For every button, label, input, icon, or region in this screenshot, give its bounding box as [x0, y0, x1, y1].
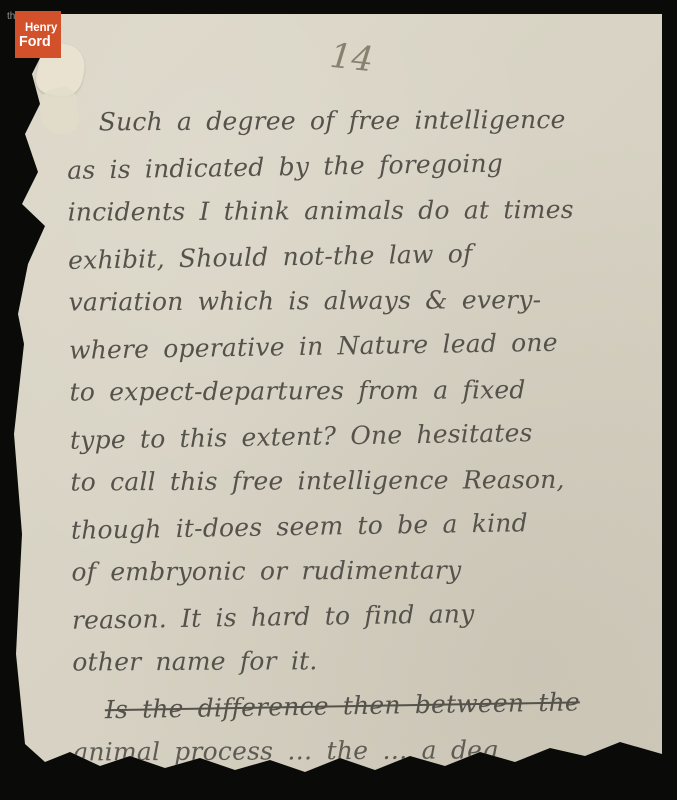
manuscript-line: Is the difference then between the: [72, 678, 653, 733]
handwritten-text-block: Such a degree of free intelligenceas is …: [66, 95, 653, 776]
logo-henry-text: Henry: [25, 20, 57, 34]
manuscript-line: Such a degree of free intelligence: [67, 96, 647, 144]
page-number: 14: [328, 36, 375, 80]
scanned-document: 14 Such a degree of free intelligenceas …: [0, 0, 677, 800]
manuscript-line: other name for it.: [72, 636, 652, 684]
manuscript-line: where operative in Nature lead one: [69, 318, 650, 373]
manuscript-line: animal process … the … a deg: [73, 726, 653, 774]
manuscript-line: as is indicated by the foregoing: [67, 138, 648, 193]
henry-ford-logo: the Henry Ford: [6, 8, 70, 64]
manuscript-line: to call this free intelligence Reason,: [70, 456, 650, 504]
manuscript-line: of embryonic or rudimentary: [71, 546, 651, 594]
manuscript-line: type to this extent? One hesitates: [70, 408, 651, 463]
logo-ford-text: Ford: [19, 33, 51, 50]
manuscript-line: variation which is always & every-: [68, 276, 648, 324]
manuscript-line: exhibit, Should not-the law of: [68, 228, 649, 283]
manuscript-line: though it-does seem to be a kind: [71, 498, 652, 553]
manuscript-line: reason. It is hard to find any: [72, 588, 653, 643]
manuscript-line: incidents I think animals do at times: [68, 186, 648, 234]
manuscript-line: to expect-departures from a fixed: [69, 366, 649, 414]
manuscript-paper: 14 Such a degree of free intelligenceas …: [10, 14, 662, 776]
logo-orange-square: Henry Ford: [15, 11, 61, 58]
